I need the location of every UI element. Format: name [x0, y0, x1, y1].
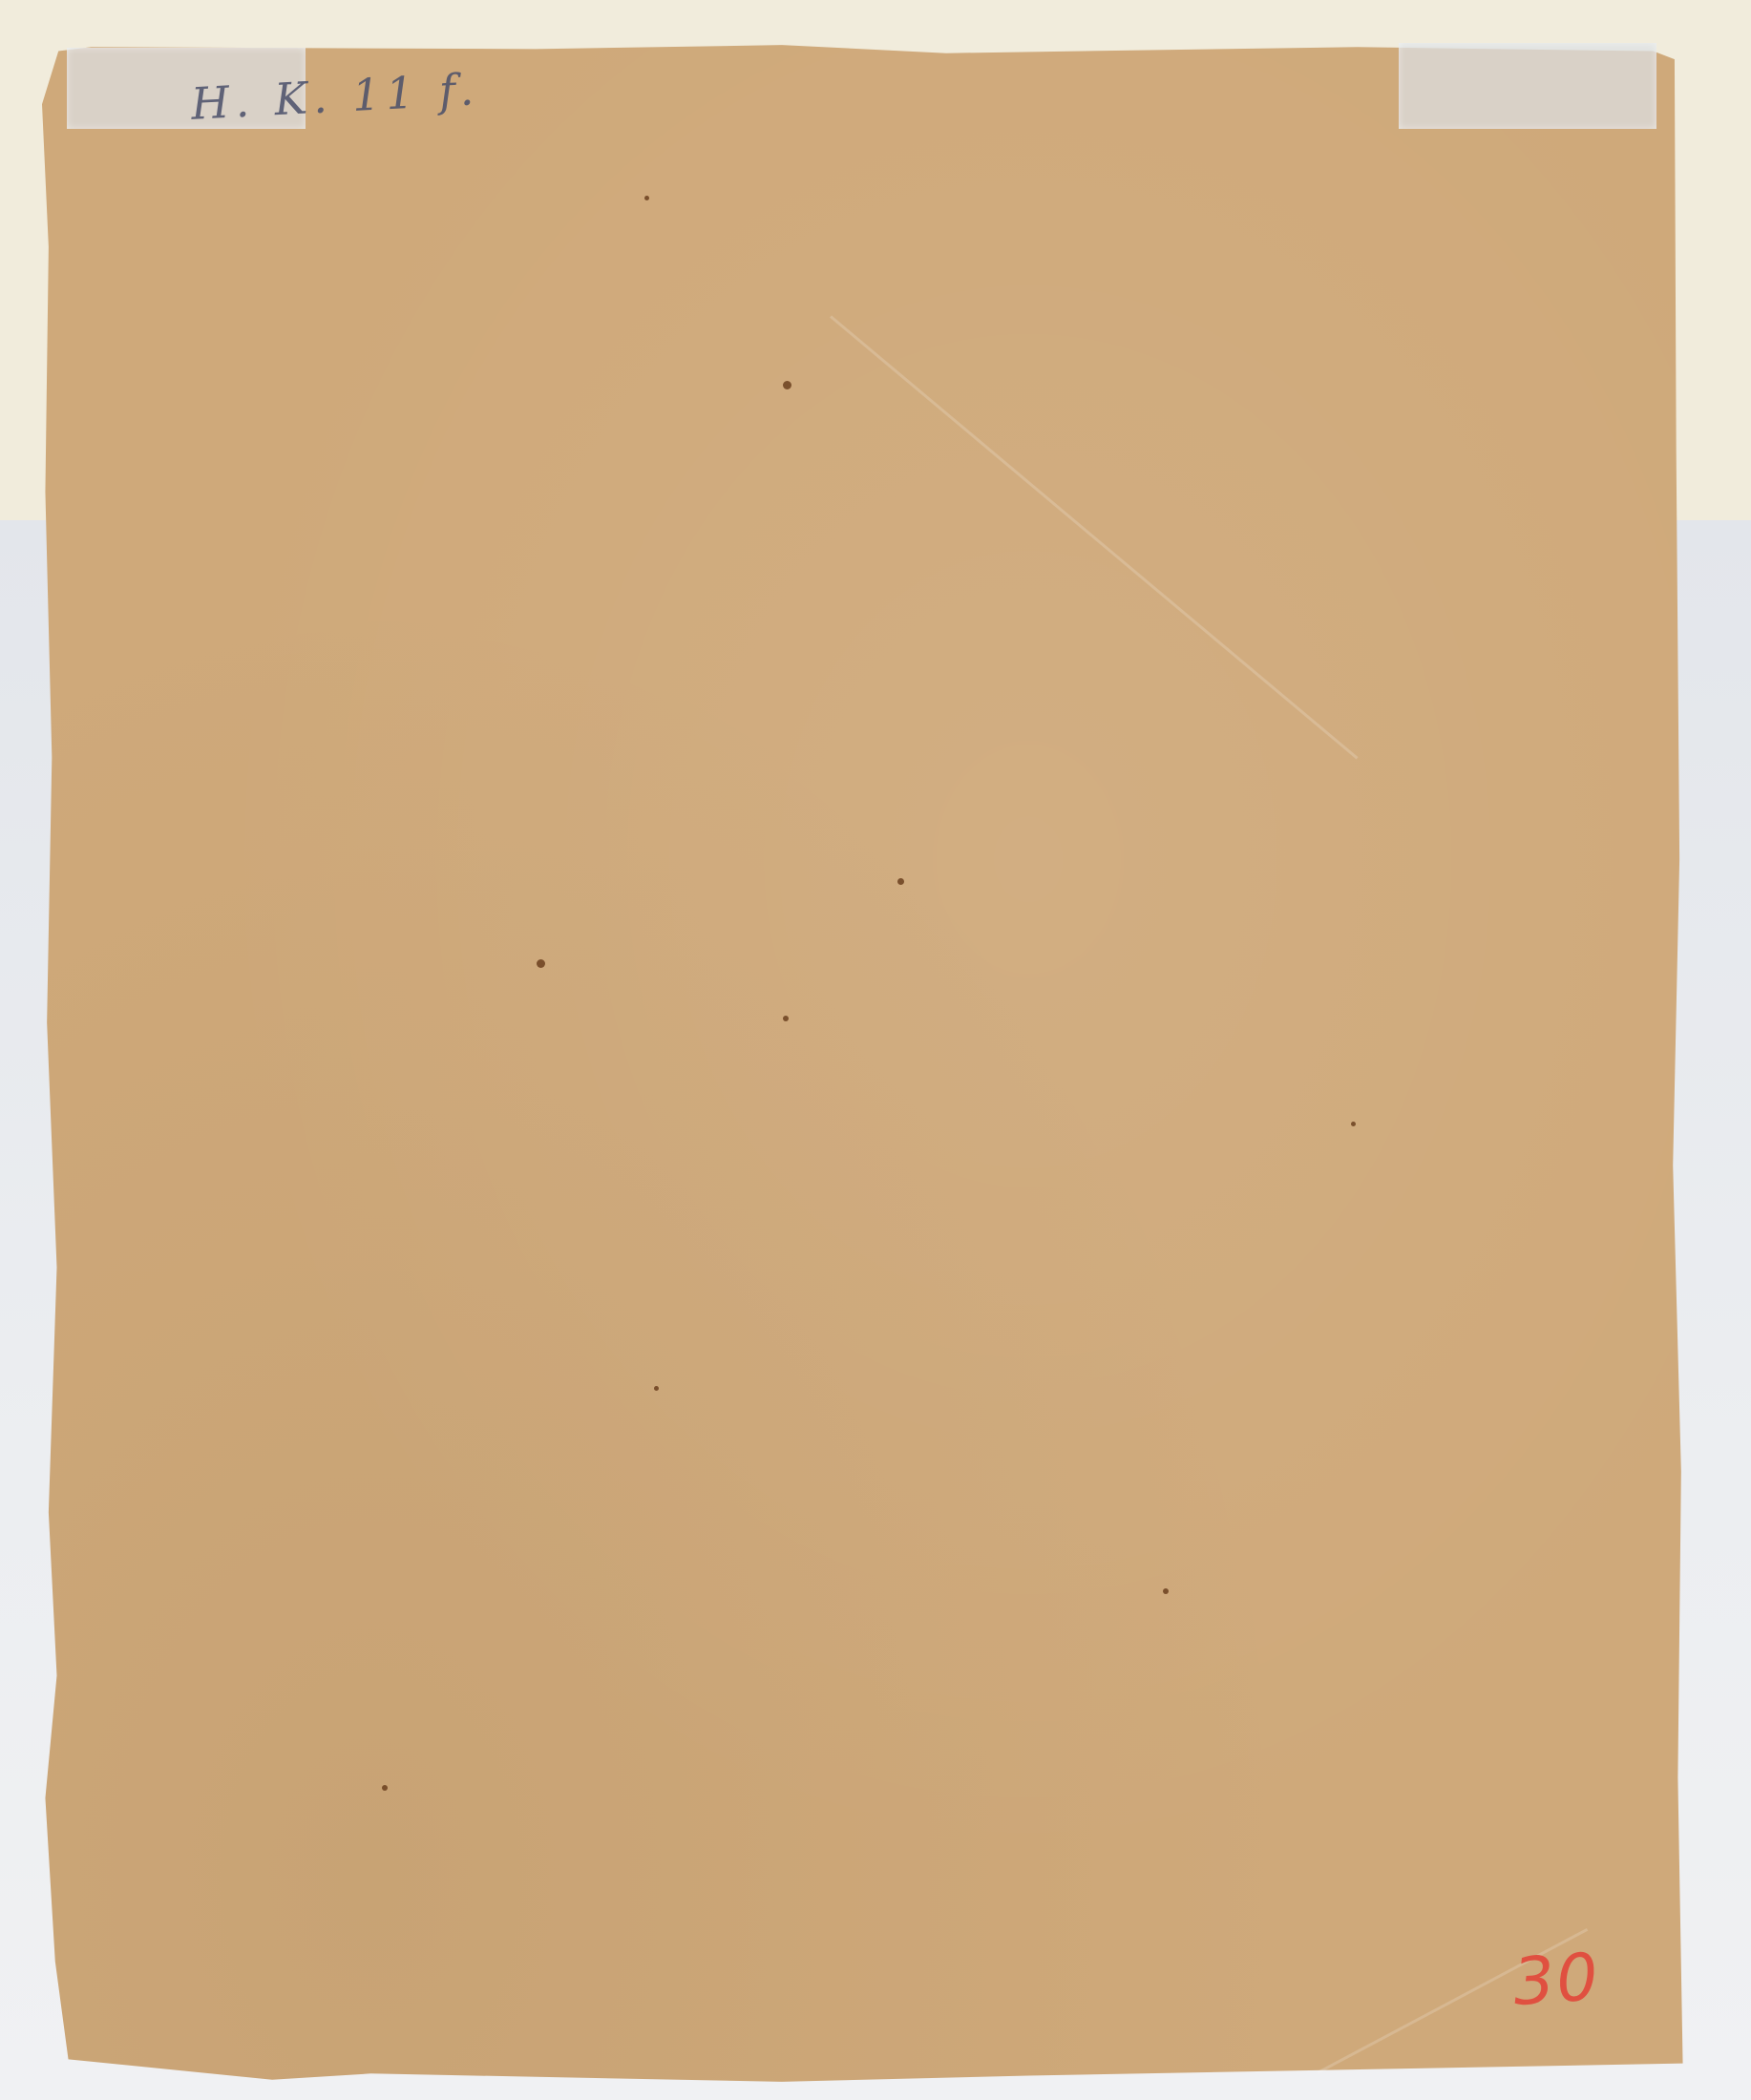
red-inventory-number: 30 [1510, 1940, 1602, 2021]
paper-sheet [42, 43, 1686, 2084]
foxing-spot [1351, 1122, 1356, 1126]
foxing-spot [644, 196, 649, 200]
hinge-tape-right [1399, 43, 1656, 129]
foxing-spot [783, 1016, 789, 1021]
foxing-spot [1163, 1588, 1169, 1594]
foxing-spot [783, 381, 791, 389]
foxing-spot [897, 878, 904, 885]
foxing-spot [537, 959, 545, 968]
foxing-spot [382, 1785, 388, 1791]
foxing-spot [654, 1386, 659, 1391]
